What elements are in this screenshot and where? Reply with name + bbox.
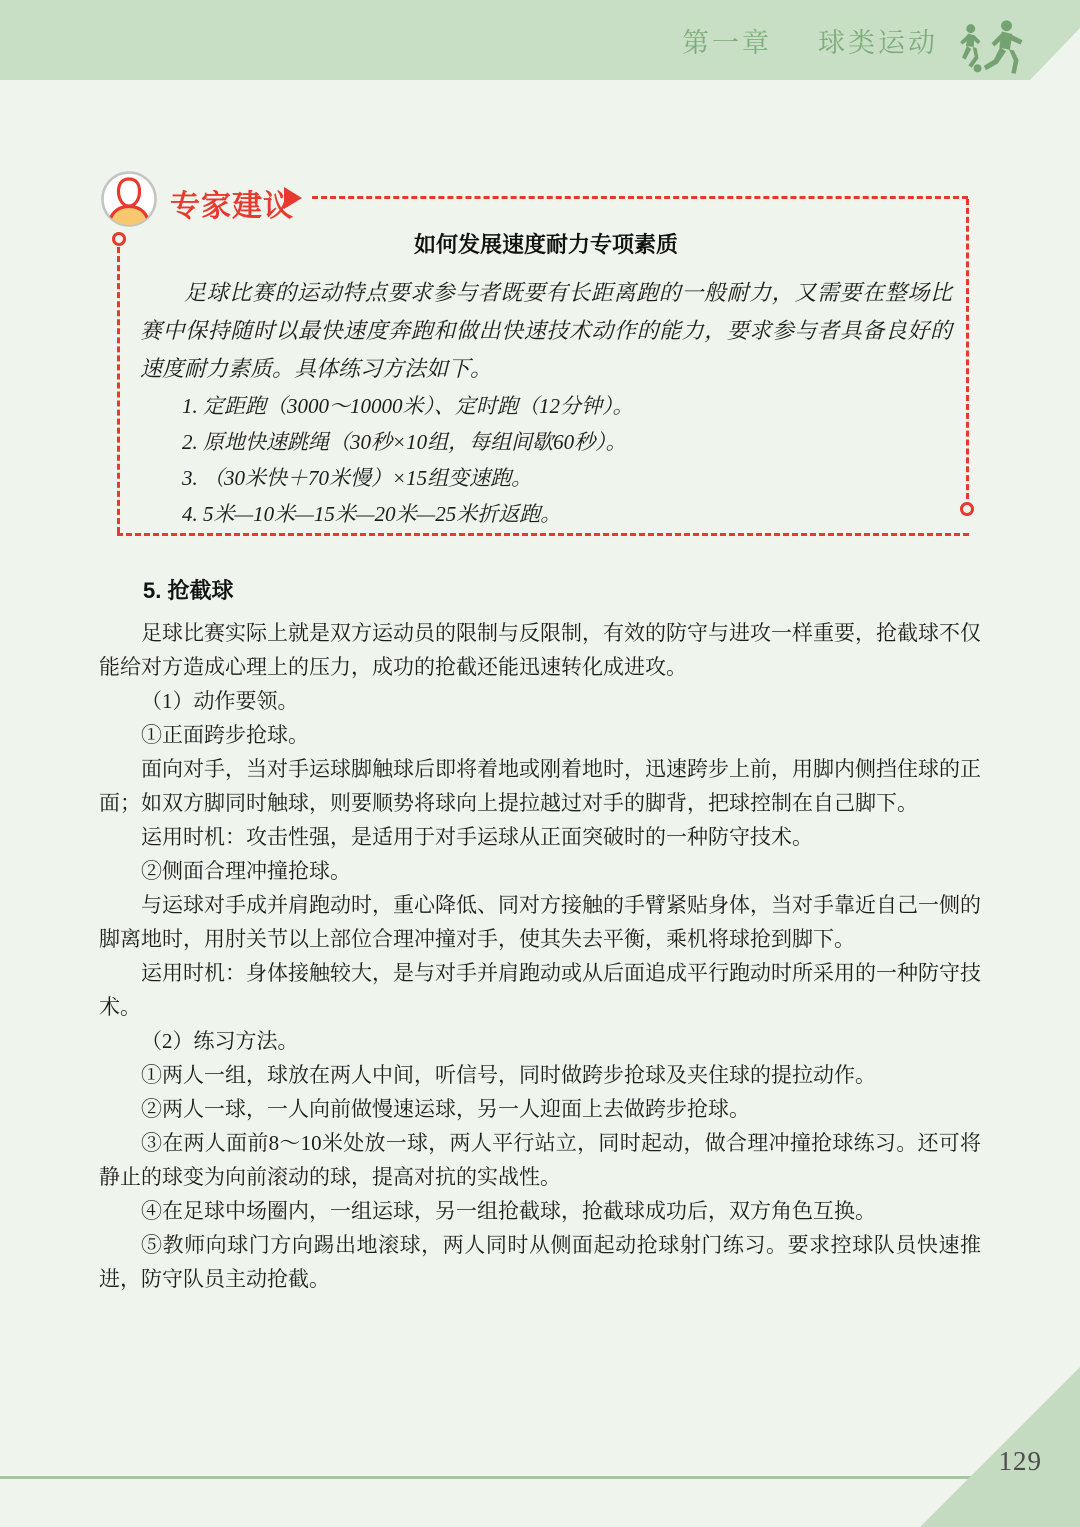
paragraph: ②两人一球，一人向前做慢速运球，另一人迎面上去做跨步抢球。 (99, 1092, 981, 1126)
paragraph: （1）动作要领。 (99, 684, 981, 718)
drill-item: 4. 5米—10米—15米—20米—25米折返跑。 (140, 496, 952, 532)
dashed-border-top (312, 196, 968, 199)
chapter-topic-label: 球类运动 (818, 21, 938, 60)
dashed-border-bottom (117, 533, 969, 536)
paragraph: ②侧面合理冲撞抢球。 (99, 854, 981, 888)
soccer-players-icon (954, 18, 1032, 76)
footer-rule (0, 1476, 1080, 1479)
paragraph: ①正面跨步抢球。 (99, 718, 981, 752)
expert-avatar-icon (100, 170, 158, 228)
callout-intro: 足球比赛的运动特点要求参与者既要有长距离跑的一般耐力，又需要在整场比赛中保持随时… (140, 274, 952, 388)
paragraph: 足球比赛实际上就是双方运动员的限制与反限制，有效的防守与进攻一样重要，抢截球不仅… (99, 616, 981, 684)
callout-title: 如何发展速度耐力专项素质 (140, 230, 952, 260)
paragraph: （2）练习方法。 (99, 1024, 981, 1058)
paragraph: ③在两人面前8～10米处放一球，两人平行站立，同时起动，做合理冲撞抢球练习。还可… (99, 1126, 981, 1194)
dash-start-dot-icon (112, 232, 126, 246)
callout-content: 如何发展速度耐力专项素质 足球比赛的运动特点要求参与者既要有长距离跑的一般耐力，… (140, 230, 952, 532)
paragraph: 运用时机：身体接触较大，是与对手并肩跑动或从后面追成平行跑动时所采用的一种防守技… (99, 956, 981, 1024)
paragraph: 与运球对手成并肩跑动时，重心降低、同对方接触的手臂紧贴身体，当对手靠近自己一侧的… (99, 888, 981, 956)
dashed-border-right (966, 199, 969, 499)
dash-end-dot-icon (960, 502, 974, 516)
paragraph: ⑤教师向球门方向踢出地滚球，两人同时从侧面起动抢球射门练习。要求控球队员快速推进… (99, 1228, 981, 1296)
main-text: 5. 抢截球 足球比赛实际上就是双方运动员的限制与反限制，有效的防守与进攻一样重… (99, 576, 981, 1296)
paragraph: ④在足球中场圈内，一组运球，另一组抢截球，抢截球成功后，双方角色互换。 (99, 1194, 981, 1228)
book-page: 第一章 球类运动 (0, 0, 1080, 1527)
drill-item: 3. （30米快＋70米慢）×15组变速跑。 (140, 460, 952, 496)
chapter-label: 第一章 (682, 21, 772, 60)
page-number: 129 (999, 1446, 1043, 1477)
paragraph: 面向对手，当对手运球脚触球后即将着地或刚着地时，迅速跨步上前，用脚内侧挡住球的正… (99, 752, 981, 820)
dashed-border-left (117, 247, 120, 533)
chapter-header-bar: 第一章 球类运动 (0, 0, 1080, 80)
paragraph: ①两人一组，球放在两人中间，听信号，同时做跨步抢球及夹住球的提拉动作。 (99, 1058, 981, 1092)
arrow-right-icon (284, 187, 302, 209)
drill-item: 1. 定距跑（3000～10000米）、定时跑（12分钟）。 (140, 388, 952, 424)
drill-item: 2. 原地快速跳绳（30秒×10组，每组间歇60秒）。 (140, 424, 952, 460)
section-heading: 5. 抢截球 (99, 576, 981, 606)
expert-advice-label: 专家建议 (170, 181, 294, 225)
paragraph: 运用时机：攻击性强，是适用于对手运球从正面突破时的一种防守技术。 (99, 820, 981, 854)
